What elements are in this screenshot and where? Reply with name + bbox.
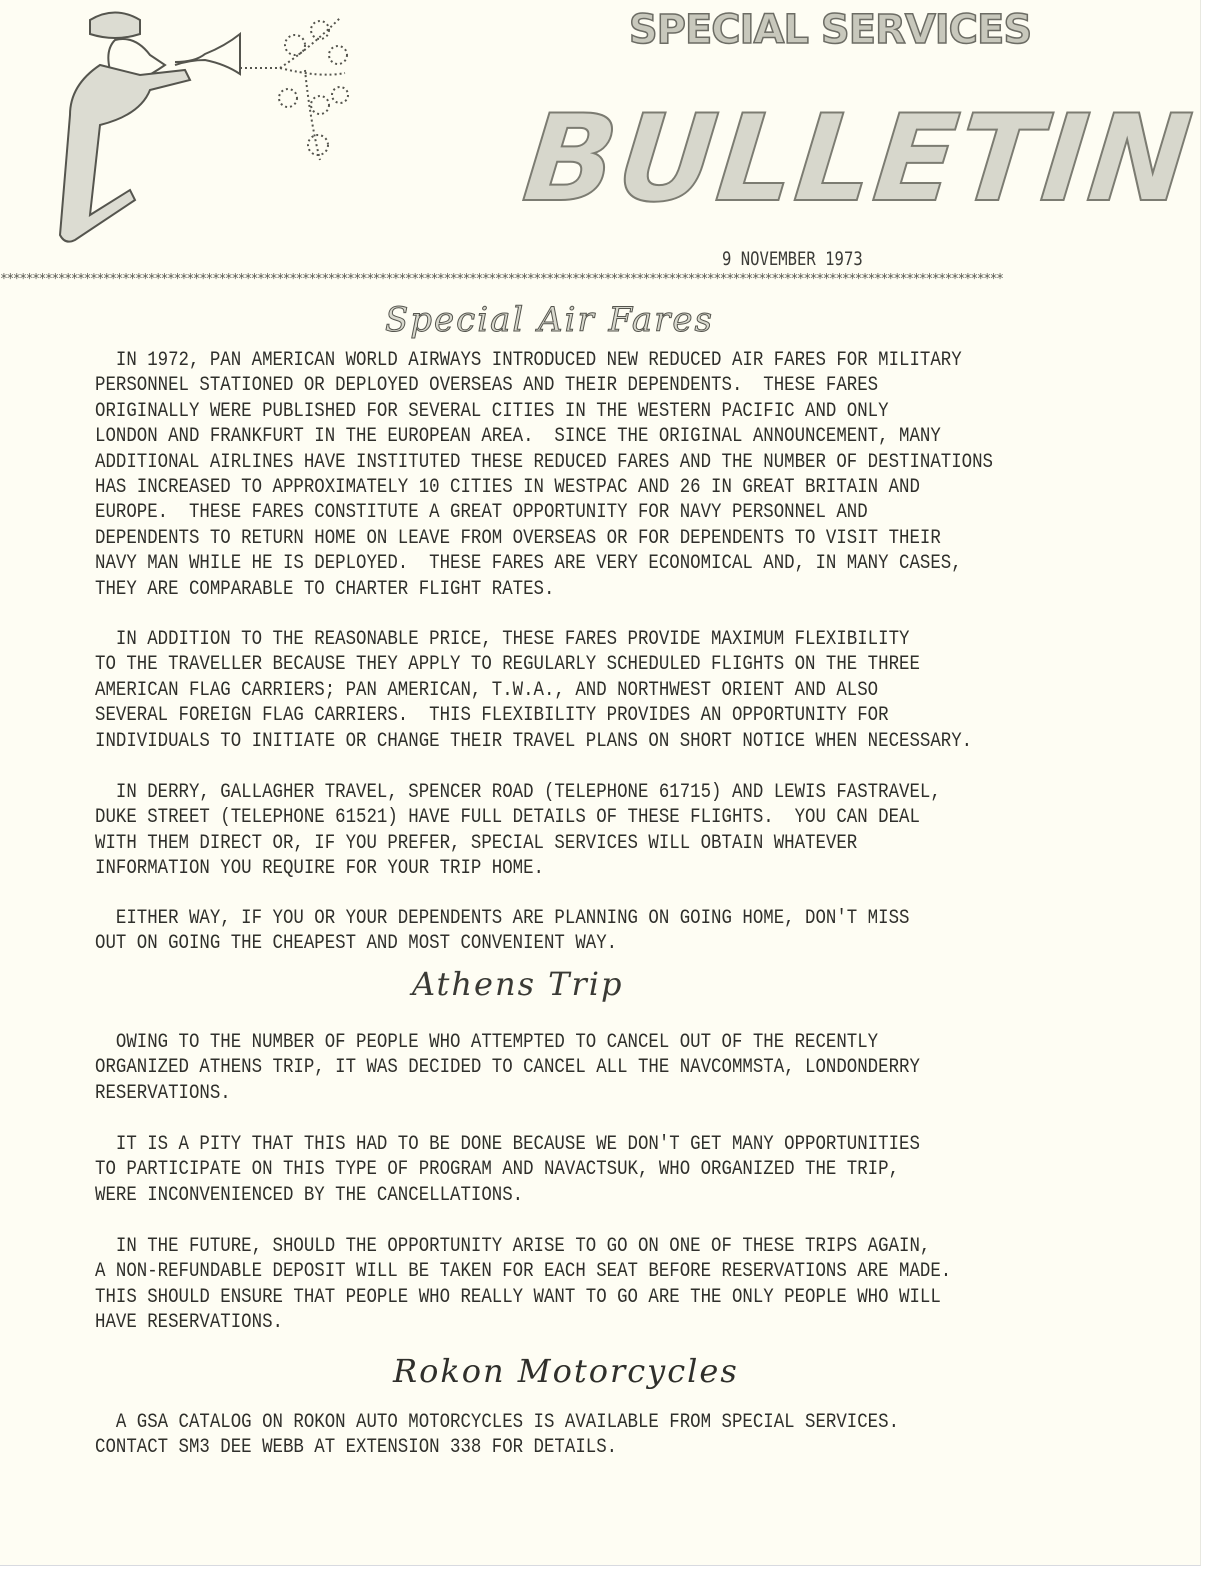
- paragraph: EITHER WAY, IF YOU OR YOUR DEPENDENTS AR…: [95, 906, 1069, 957]
- paragraph: IN ADDITION TO THE REASONABLE PRICE, THE…: [95, 627, 1069, 754]
- heading-special-air-fares: Special Air Fares: [385, 300, 714, 340]
- star-divider: ****************************************…: [0, 272, 1200, 287]
- paragraph: IN THE FUTURE, SHOULD THE OPPORTUNITY AR…: [95, 1234, 1069, 1336]
- paragraph: IN DERRY, GALLAGHER TRAVEL, SPENCER ROAD…: [95, 780, 1069, 882]
- paragraph: OWING TO THE NUMBER OF PEOPLE WHO ATTEMP…: [95, 1030, 1069, 1106]
- heading-athens-trip: Athens Trip: [412, 965, 624, 1003]
- masthead-top: SPECIAL SERVICES: [520, 8, 1140, 52]
- issue-date: 9 NOVEMBER 1973: [722, 248, 863, 270]
- trumpet-player-icon: [20, 0, 370, 265]
- heading-rokon-motorcycles: Rokon Motorcycles: [393, 1352, 739, 1390]
- paragraph: A GSA CATALOG ON ROKON AUTO MOTORCYCLES …: [95, 1410, 1069, 1461]
- paragraph: IN 1972, PAN AMERICAN WORLD AIRWAYS INTR…: [95, 348, 1069, 602]
- masthead-title: BULLETIN: [518, 95, 1092, 225]
- bulletin-page: SPECIAL SERVICES BULLETIN 9 NOVEMBER 197…: [0, 0, 1201, 1566]
- paragraph: IT IS A PITY THAT THIS HAD TO BE DONE BE…: [95, 1132, 1069, 1208]
